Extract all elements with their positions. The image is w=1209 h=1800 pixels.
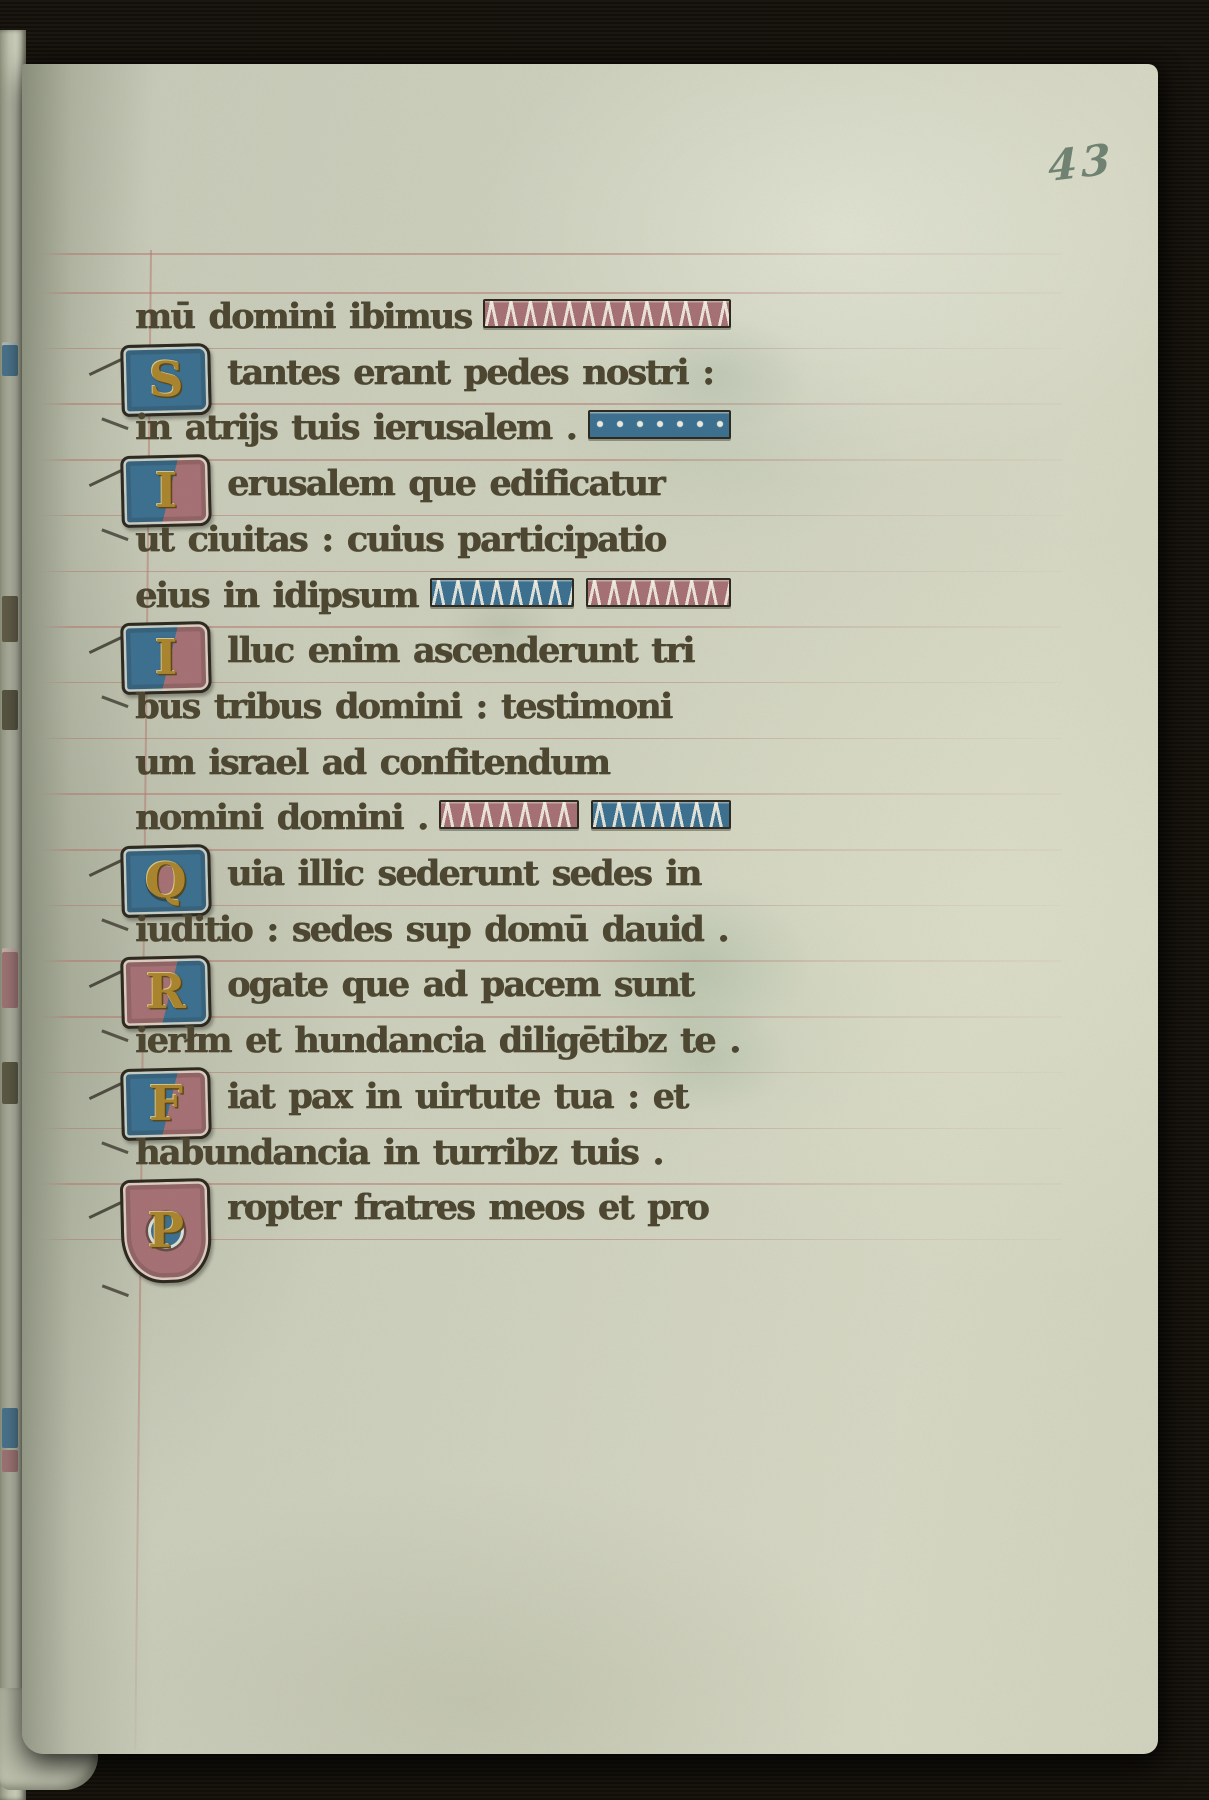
line-text: ogate que ad pacem sunt [227,958,693,1012]
line-filler [591,800,731,829]
page-edge-fragment [2,690,18,730]
page-edge-fragment [2,1450,18,1472]
line-text: in atrijs tuis ierusalem . [135,401,576,455]
line-text: ut ciuitas : cuius participatio [135,513,665,567]
line-text: iuditio : sedes sup domū dauid . [135,903,728,957]
initial-letter: R [146,968,186,1016]
manuscript-line: ierłm et hundancia diligētibz te . [135,1014,731,1068]
line-text: eius in idipsum [135,569,418,623]
manuscript-line: bus tribus domini : testimoni [135,680,731,734]
line-filler [483,299,731,328]
line-text: ierłm et hundancia diligētibz te . [135,1014,739,1068]
page-edge-fragment [2,948,18,1008]
manuscript-line: habundancia in turribz tuis . [135,1126,731,1180]
illuminated-initial: P [120,1178,213,1284]
page-edge-fragment [2,342,18,376]
line-text: lluc enim ascenderunt tri [227,624,694,678]
initial-letter: I [155,634,178,682]
line-filler [439,800,579,829]
line-text: uia illic sederunt sedes in [227,847,700,901]
line-text: nomini domini . [135,791,427,845]
initial-letter: S [149,356,184,404]
initial-letter: P [148,1207,184,1255]
horizontal-ruling-line [40,253,1062,255]
line-text: mū domini ibimus [135,290,471,344]
line-text: bus tribus domini : testimoni [135,680,671,734]
manuscript-line: ut ciuitas : cuius participatio [135,513,731,567]
manuscript-line: Propter fratres meos et pro [135,1181,731,1283]
parchment-page: mū domini ibimusStantes erant pedes nost… [22,64,1158,1754]
manuscript-line: um israel ad confitendum [135,736,731,790]
line-filler [430,578,575,607]
page-edge-fragment [2,1062,18,1104]
page-edge-fragment [2,596,18,642]
page-edge-fragment [2,1408,18,1448]
manuscript-line: eius in idipsum [135,569,731,623]
initial-letter: F [149,1080,183,1128]
line-text: tantes erant pedes nostri : [227,346,713,400]
line-text: erusalem que edificatur [227,457,664,511]
line-text: um israel ad confitendum [135,736,609,790]
initial-letter: Q [145,857,187,905]
line-text: iat pax in uirtute tua : et [227,1070,687,1124]
manuscript-line: iuditio : sedes sup domū dauid . [135,903,731,957]
initial-letter: I [155,467,178,515]
manuscript-line: in atrijs tuis ierusalem . [135,401,731,455]
line-filler [586,578,731,607]
manuscript-photo: mū domini ibimusStantes erant pedes nost… [0,0,1209,1800]
line-text: habundancia in turribz tuis . [135,1126,663,1180]
line-text: ropter fratres meos et pro [227,1181,708,1235]
manuscript-line: nomini domini . [135,791,731,845]
line-filler [588,410,731,439]
folio-number: 43 [1048,134,1115,191]
manuscript-line: mū domini ibimus [135,290,731,344]
